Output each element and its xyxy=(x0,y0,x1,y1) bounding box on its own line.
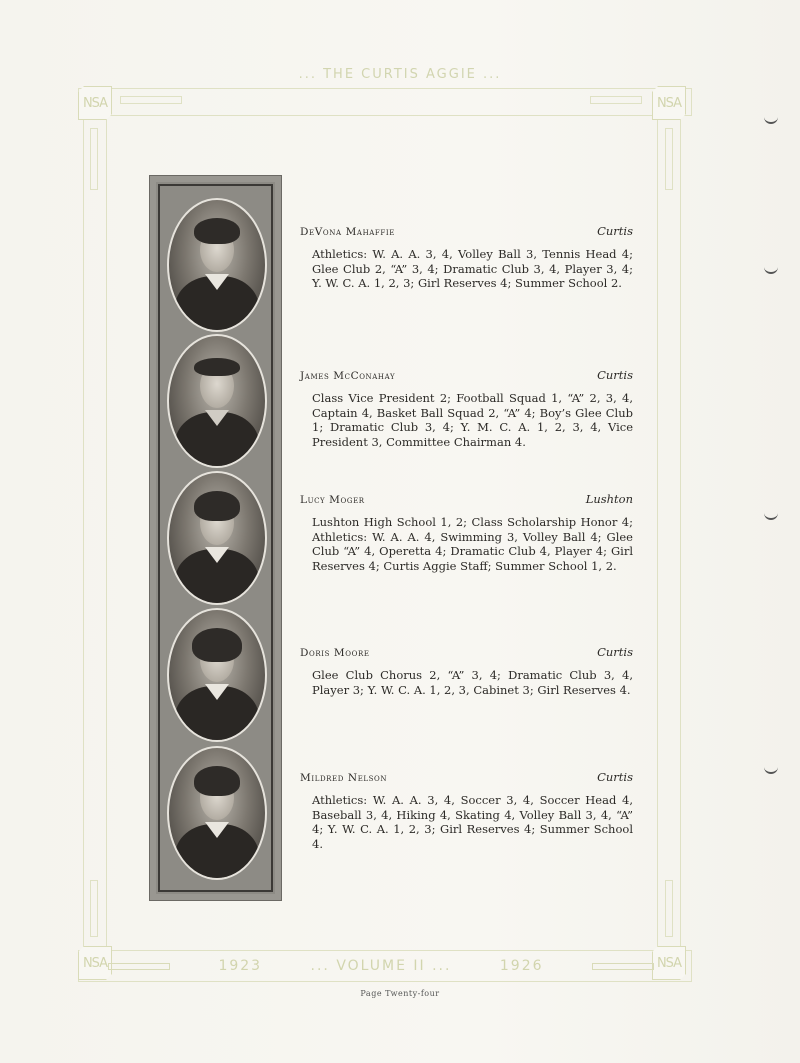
nsa-monogram: NSA xyxy=(652,946,686,980)
volume-label: ... VOLUME II ... xyxy=(311,958,452,974)
student-town: Curtis xyxy=(597,368,633,382)
student-name: James McConahay xyxy=(300,370,395,382)
page-header: ... THE CURTIS AGGIE ... xyxy=(0,67,800,82)
student-activities: Athletics: W. A. A. 3, 4, Volley Ball 3,… xyxy=(312,247,633,291)
student-name: Doris Moore xyxy=(300,647,370,659)
student-activities: Lushton High School 1, 2; Class Scholars… xyxy=(312,515,633,573)
footer-band: 1923 ... VOLUME II ... 1926 xyxy=(108,955,654,977)
footer-bar xyxy=(592,963,654,970)
student-entry: Lucy MogerLushton Lushton High School 1,… xyxy=(300,492,633,573)
portrait-photo xyxy=(167,198,267,332)
student-activities: Glee Club Chorus 2, “A” 3, 4; Dramatic C… xyxy=(312,668,633,697)
portrait-photo xyxy=(167,746,267,880)
nsa-monogram: NSA xyxy=(78,86,112,120)
portrait-strip xyxy=(149,175,282,901)
student-town: Curtis xyxy=(597,770,633,784)
portrait-photo xyxy=(167,608,267,742)
yearbook-page: ... THE CURTIS AGGIE ... NSA NSA NSA NSA… xyxy=(0,0,800,1063)
binder-hole xyxy=(764,112,778,124)
binder-hole xyxy=(764,262,778,274)
portrait-photo xyxy=(167,334,267,468)
student-entry: Doris MooreCurtis Glee Club Chorus 2, “A… xyxy=(300,645,633,697)
student-entry: DeVona MahaffieCurtis Athletics: W. A. A… xyxy=(300,224,633,291)
portrait-photo xyxy=(167,471,267,605)
binder-hole xyxy=(764,762,778,774)
student-activities: Class Vice President 2; Football Squad 1… xyxy=(312,391,633,449)
footer-bar xyxy=(108,963,170,970)
student-name: DeVona Mahaffie xyxy=(300,226,395,238)
student-activities: Athletics: W. A. A. 3, 4, Soccer 3, 4, S… xyxy=(312,793,633,851)
nsa-monogram: NSA xyxy=(652,86,686,120)
nsa-monogram: NSA xyxy=(78,946,112,980)
year-start: 1923 xyxy=(218,958,262,974)
page-number: Page Twenty-four xyxy=(0,989,800,998)
student-town: Curtis xyxy=(597,645,633,659)
student-name: Mildred Nelson xyxy=(300,772,387,784)
student-entry: James McConahayCurtis Class Vice Preside… xyxy=(300,368,633,449)
binder-hole xyxy=(764,508,778,520)
student-town: Curtis xyxy=(597,224,633,238)
student-name: Lucy Moger xyxy=(300,494,365,506)
student-town: Lushton xyxy=(586,492,633,506)
year-end: 1926 xyxy=(500,958,544,974)
student-entry: Mildred NelsonCurtis Athletics: W. A. A.… xyxy=(300,770,633,851)
